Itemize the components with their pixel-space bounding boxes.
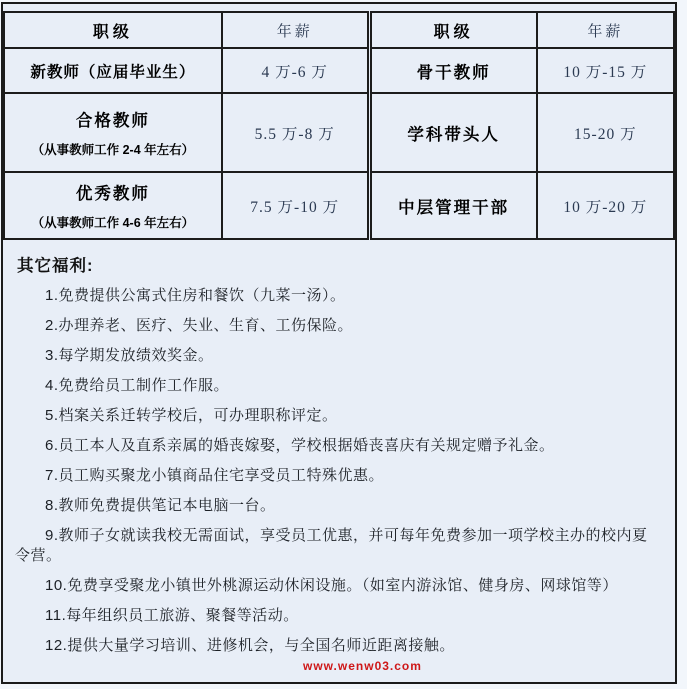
watermark: www.wenw03.com (303, 659, 422, 673)
rank-label: 合格教师 (9, 107, 217, 131)
salary-cell: 15-20 万 (537, 93, 674, 172)
rank-cell-new-teacher: 新教师（应届毕业生） (4, 48, 222, 93)
benefit-item: 5.档案关系迁转学校后，可办理职称评定。 (15, 406, 661, 426)
benefit-item: 11.每年组织员工旅游、聚餐等活动。 (15, 606, 661, 626)
benefit-item: 9.教师子女就读我校无需面试，享受员工优惠，并可每年免费参加一项学校主办的校内夏… (15, 526, 661, 566)
salary-cell: 7.5 万-10 万 (222, 172, 369, 239)
benefit-item: 7.员工购买聚龙小镇商品住宅享受员工特殊优惠。 (15, 466, 661, 486)
rank-cell-subject-leader: 学科带头人 (369, 93, 537, 172)
header-rank-left: 职级 (4, 12, 222, 48)
rank-label: 中层管理干部 (376, 194, 532, 218)
benefit-item: 1.免费提供公寓式住房和餐饮（九菜一汤）。 (15, 286, 661, 306)
header-salary-right: 年薪 (537, 12, 674, 48)
benefit-item: 12.提供大量学习培训、进修机会，与全国名师近距离接触。 (15, 636, 661, 656)
header-salary-left: 年薪 (222, 12, 369, 48)
page-background: 职级 年薪 职级 年薪 新教师（应届毕业生） 4 万-6 万 骨干教师 (0, 0, 687, 689)
rank-cell-backbone-teacher: 骨干教师 (369, 48, 537, 93)
benefits-title: 其它福利: (17, 252, 661, 276)
rank-note: （从事教师工作 2-4 年左右） (9, 140, 217, 158)
salary-cell: 5.5 万-8 万 (222, 93, 369, 172)
rank-label: 新教师（应届毕业生） (9, 60, 217, 82)
rank-label: 优秀教师 (9, 180, 217, 204)
benefits-section: 其它福利: 1.免费提供公寓式住房和餐饮（九菜一汤）。 2.办理养老、医疗、失业… (3, 240, 675, 656)
table-row: 优秀教师 （从事教师工作 4-6 年左右） 7.5 万-10 万 中层管理干部 … (4, 172, 674, 239)
salary-value: 5.5 万-8 万 (255, 126, 335, 143)
salary-cell: 4 万-6 万 (222, 48, 369, 93)
rank-cell-qualified-teacher: 合格教师 （从事教师工作 2-4 年左右） (4, 93, 222, 172)
salary-value: 15-20 万 (574, 126, 637, 143)
benefit-item: 8.教师免费提供笔记本电脑一台。 (15, 496, 661, 516)
rank-label: 学科带头人 (376, 121, 532, 145)
benefit-item: 6.员工本人及直系亲属的婚丧嫁娶，学校根据婚丧喜庆有关规定赠予礼金。 (15, 436, 661, 456)
salary-value: 10 万-15 万 (563, 64, 647, 81)
rank-cell-excellent-teacher: 优秀教师 （从事教师工作 4-6 年左右） (4, 172, 222, 239)
benefit-item: 4.免费给员工制作工作服。 (15, 376, 661, 396)
benefit-item: 3.每学期发放绩效奖金。 (15, 346, 661, 366)
salary-value: 7.5 万-10 万 (250, 199, 339, 216)
salary-cell: 10 万-15 万 (537, 48, 674, 93)
salary-value: 10 万-20 万 (563, 199, 647, 216)
salary-table-header-row: 职级 年薪 职级 年薪 (4, 12, 674, 48)
rank-cell-middle-manager: 中层管理干部 (369, 172, 537, 239)
salary-value: 4 万-6 万 (261, 64, 327, 81)
header-rank-right: 职级 (369, 12, 537, 48)
recruitment-info-panel: 职级 年薪 职级 年薪 新教师（应届毕业生） 4 万-6 万 骨干教师 (1, 2, 677, 684)
table-row: 新教师（应届毕业生） 4 万-6 万 骨干教师 10 万-15 万 (4, 48, 674, 93)
rank-label: 骨干教师 (376, 59, 532, 83)
rank-note: （从事教师工作 4-6 年左右） (9, 213, 217, 231)
salary-cell: 10 万-20 万 (537, 172, 674, 239)
salary-table: 职级 年薪 职级 年薪 新教师（应届毕业生） 4 万-6 万 骨干教师 (3, 11, 675, 240)
benefit-item: 10.免费享受聚龙小镇世外桃源运动休闲设施。（如室内游泳馆、健身房、网球馆等） (15, 576, 661, 596)
table-row: 合格教师 （从事教师工作 2-4 年左右） 5.5 万-8 万 学科带头人 15… (4, 93, 674, 172)
benefit-item: 2.办理养老、医疗、失业、生育、工伤保险。 (15, 316, 661, 336)
